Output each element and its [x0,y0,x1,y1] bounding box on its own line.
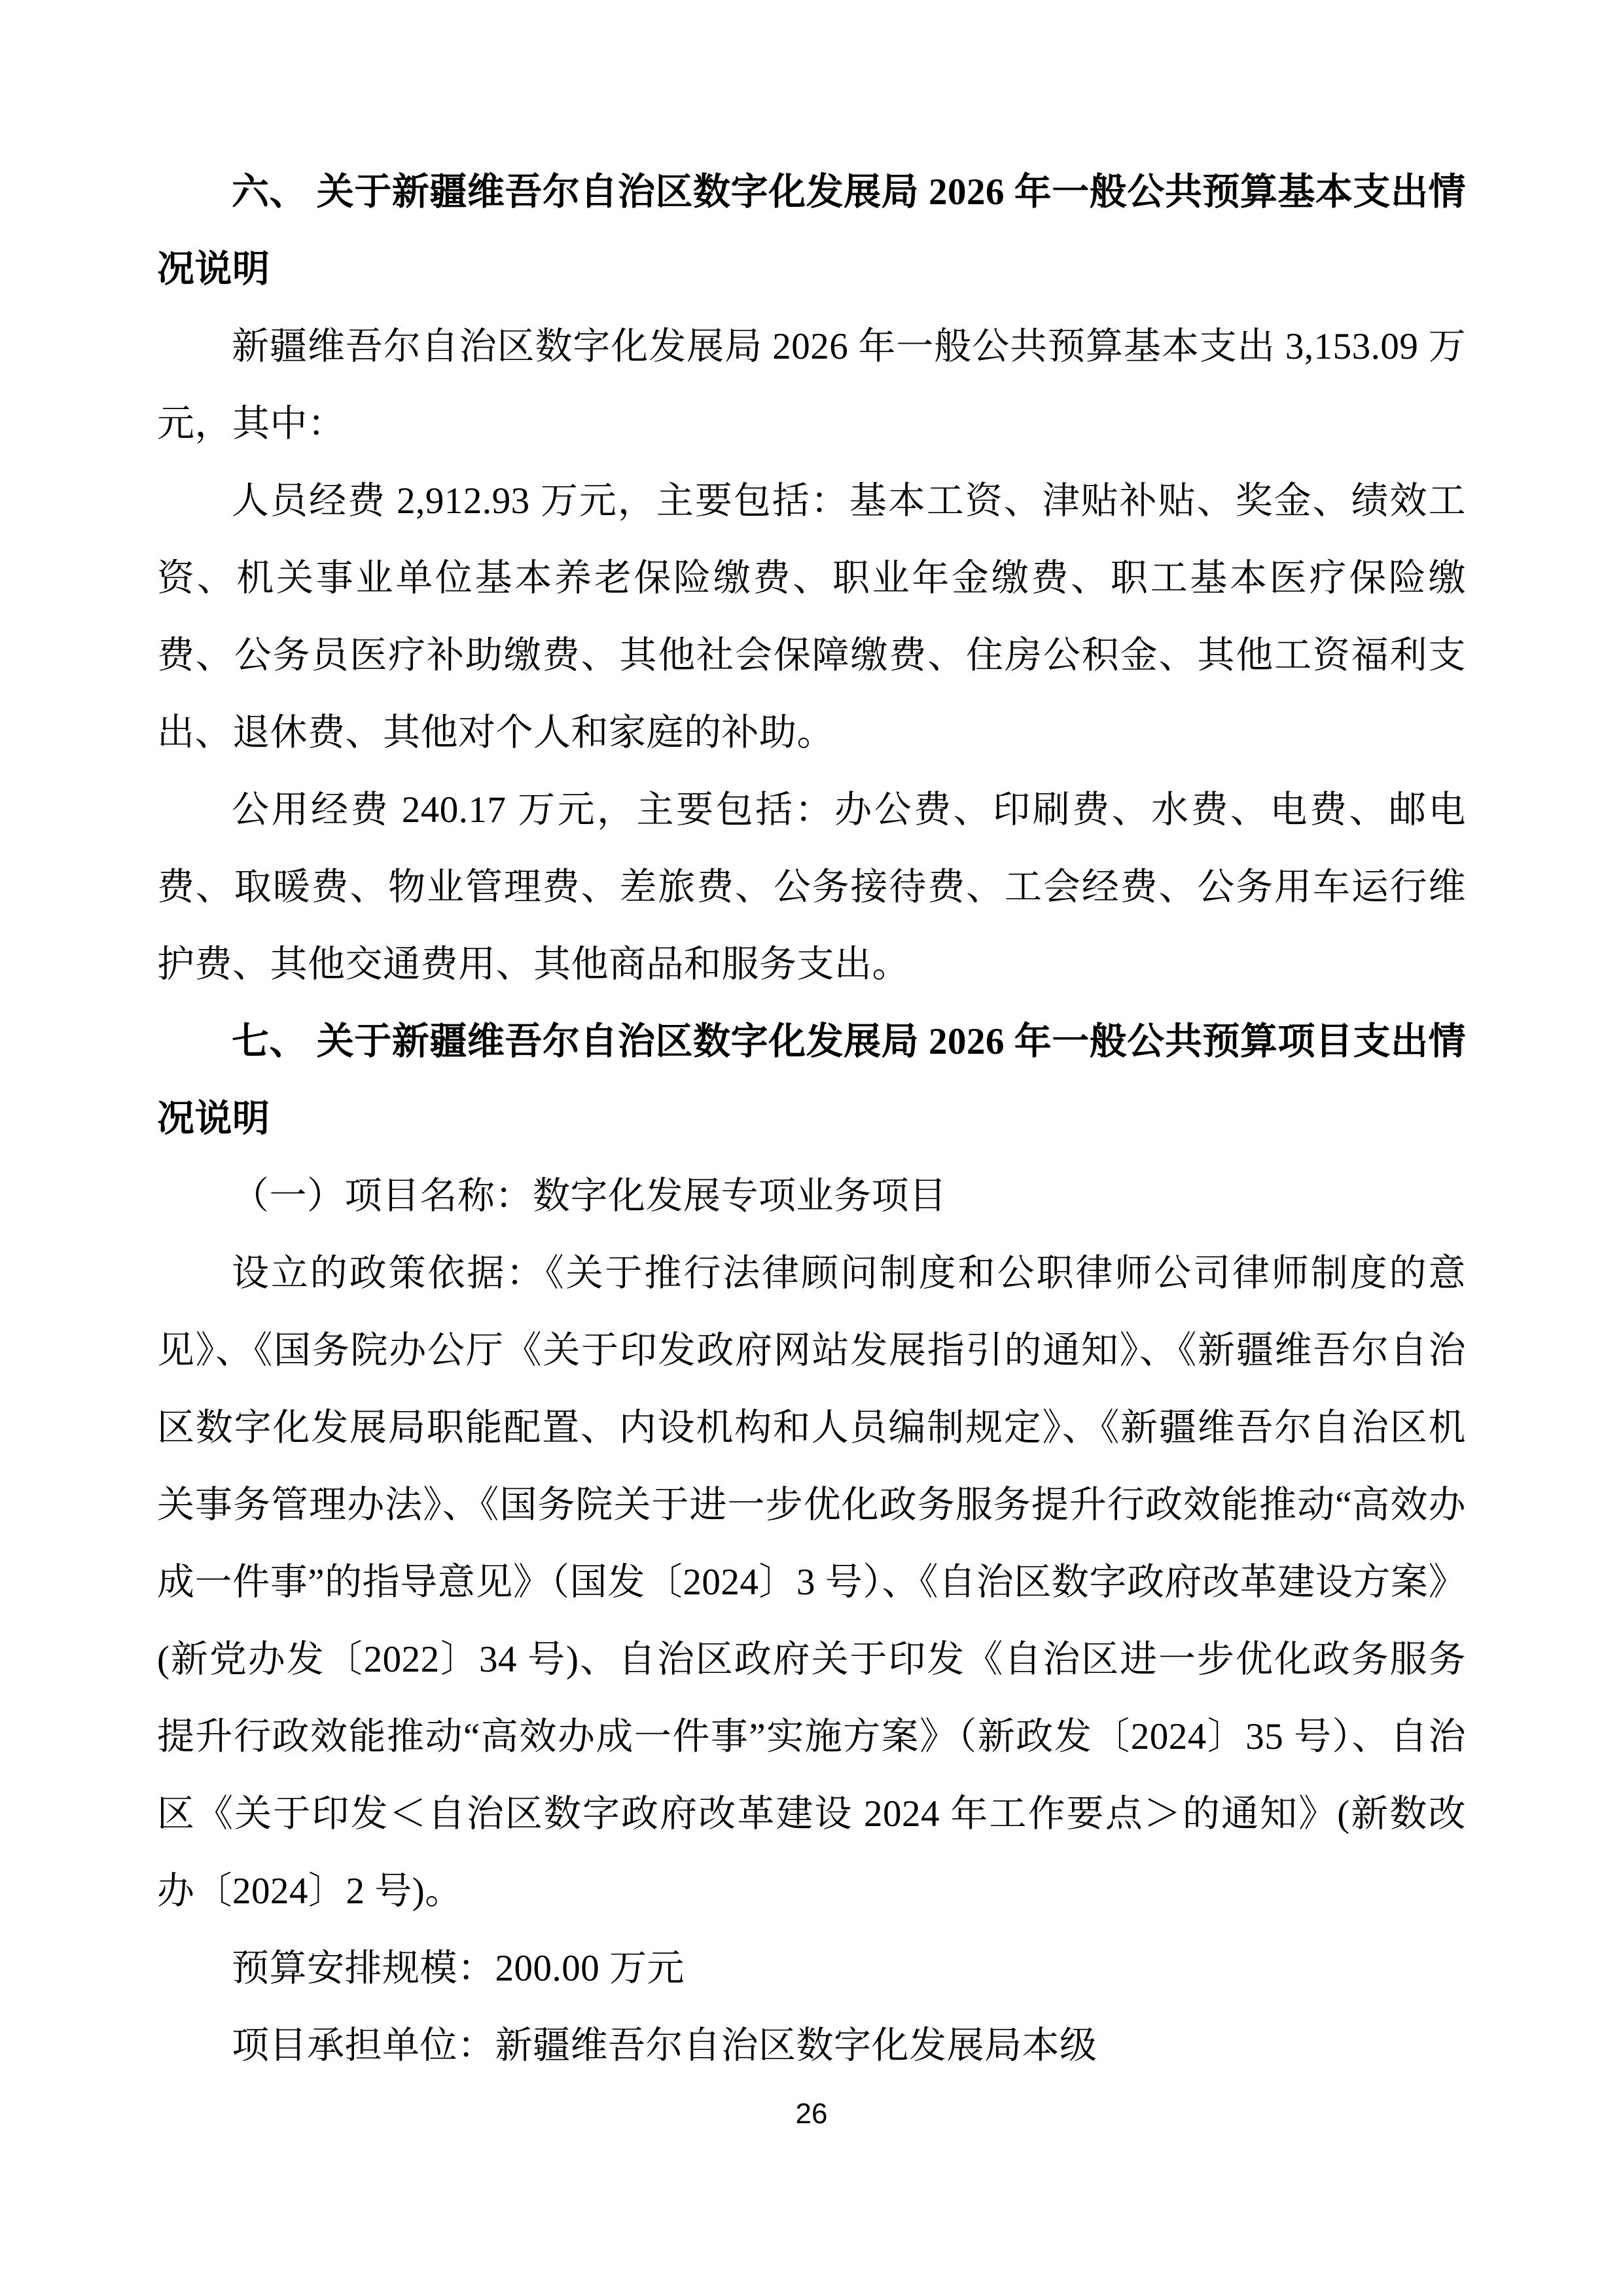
paragraph: 设立的政策依据：《关于推行法律顾问制度和公职律师公司律师制度的意见》、《国务院办… [157,1235,1466,1930]
paragraph: 公用经费 240.17 万元，主要包括：办公费、印刷费、水费、电费、邮电费、取暖… [157,772,1466,1003]
document-page: 六、 关于新疆维吾尔自治区数字化发展局 2026 年一般公共预算基本支出情况说明… [0,0,1623,2296]
paragraph: 项目承担单位：新疆维吾尔自治区数字化发展局本级 [157,2007,1466,2085]
paragraph: 预算安排规模：200.00 万元 [157,1930,1466,2007]
section-heading: 六、 关于新疆维吾尔自治区数字化发展局 2026 年一般公共预算基本支出情况说明 [157,154,1466,308]
paragraph: （一）项目名称：数字化发展专项业务项目 [157,1158,1466,1235]
paragraph: 新疆维吾尔自治区数字化发展局 2026 年一般公共预算基本支出 3,153.09… [157,308,1466,463]
section-heading: 七、 关于新疆维吾尔自治区数字化发展局 2026 年一般公共预算项目支出情况说明 [157,1003,1466,1158]
page-number: 26 [0,2094,1623,2134]
paragraph: 人员经费 2,912.93 万元，主要包括：基本工资、津贴补贴、奖金、绩效工资、… [157,463,1466,772]
document-content: 六、 关于新疆维吾尔自治区数字化发展局 2026 年一般公共预算基本支出情况说明… [157,154,1466,2085]
